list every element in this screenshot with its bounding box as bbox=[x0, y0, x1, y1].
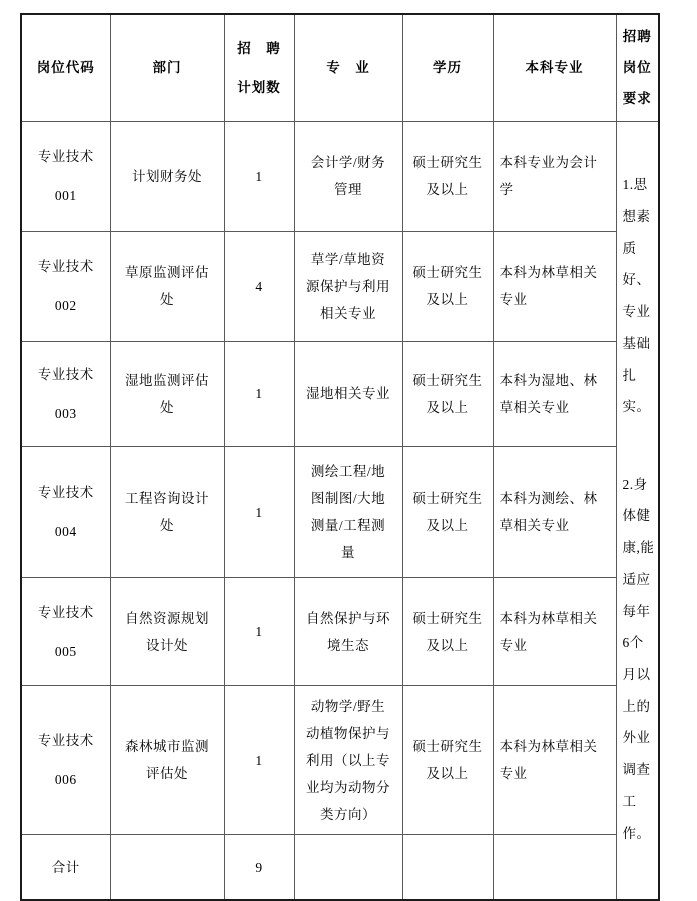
total-education-empty bbox=[402, 835, 493, 900]
cell-position-code: 专业技术 006 bbox=[21, 686, 110, 835]
cell-education: 硕士研究生 及以上 bbox=[402, 121, 493, 231]
cell-undergrad-major: 本科为林草相关 专业 bbox=[493, 578, 616, 686]
cell-undergrad-major: 本科为测绘、林 草相关专业 bbox=[493, 446, 616, 577]
cell-major: 会计学/财务 管理 bbox=[294, 121, 402, 231]
total-label: 合计 bbox=[21, 835, 110, 900]
table-row: 专业技术 001 计划财务处 1 会计学/财务 管理 硕士研究生 及以上 本科专… bbox=[21, 121, 659, 231]
header-education: 学历 bbox=[402, 14, 493, 121]
cell-department: 工程咨询设计 处 bbox=[110, 446, 224, 577]
header-position-code: 岗位代码 bbox=[21, 14, 110, 121]
cell-requirements: 1.思想素质好、专业基础扎实。 2.身体健康,能适应每年6个月以上的外业调查工作… bbox=[616, 121, 659, 900]
total-department-empty bbox=[110, 835, 224, 900]
cell-major: 测绘工程/地 图制图/大地 测量/工程测 量 bbox=[294, 446, 402, 577]
cell-plan-count: 1 bbox=[224, 686, 294, 835]
cell-department: 森林城市监测 评估处 bbox=[110, 686, 224, 835]
table-row: 专业技术 005 自然资源规划 设计处 1 自然保护与环 境生态 硕士研究生 及… bbox=[21, 578, 659, 686]
cell-education: 硕士研究生 及以上 bbox=[402, 686, 493, 835]
total-undergrad-empty bbox=[493, 835, 616, 900]
table-row: 专业技术 003 湿地监测评估 处 1 湿地相关专业 硕士研究生 及以上 本科为… bbox=[21, 341, 659, 446]
cell-position-code: 专业技术 002 bbox=[21, 231, 110, 341]
cell-education: 硕士研究生 及以上 bbox=[402, 446, 493, 577]
cell-plan-count: 4 bbox=[224, 231, 294, 341]
table-row: 专业技术 006 森林城市监测 评估处 1 动物学/野生 动植物保护与 利用（以… bbox=[21, 686, 659, 835]
header-department: 部门 bbox=[110, 14, 224, 121]
cell-major: 湿地相关专业 bbox=[294, 341, 402, 446]
cell-education: 硕士研究生 及以上 bbox=[402, 341, 493, 446]
header-row: 岗位代码 部门 招 聘 计划数 专 业 学历 本科专业 招聘 岗位 要求 bbox=[21, 14, 659, 121]
cell-plan-count: 1 bbox=[224, 341, 294, 446]
table-row: 专业技术 004 工程咨询设计 处 1 测绘工程/地 图制图/大地 测量/工程测… bbox=[21, 446, 659, 577]
recruitment-table: 岗位代码 部门 招 聘 计划数 专 业 学历 本科专业 招聘 岗位 要求 专业技… bbox=[20, 13, 660, 901]
cell-undergrad-major: 本科为林草相关 专业 bbox=[493, 686, 616, 835]
cell-department: 草原监测评估 处 bbox=[110, 231, 224, 341]
cell-major: 自然保护与环 境生态 bbox=[294, 578, 402, 686]
cell-undergrad-major: 本科为林草相关 专业 bbox=[493, 231, 616, 341]
cell-plan-count: 1 bbox=[224, 578, 294, 686]
cell-undergrad-major: 本科专业为会计 学 bbox=[493, 121, 616, 231]
table-row: 专业技术 002 草原监测评估 处 4 草学/草地资 源保护与利用 相关专业 硕… bbox=[21, 231, 659, 341]
cell-education: 硕士研究生 及以上 bbox=[402, 578, 493, 686]
document-sheet: 岗位代码 部门 招 聘 计划数 专 业 学历 本科专业 招聘 岗位 要求 专业技… bbox=[20, 13, 660, 901]
header-requirements: 招聘 岗位 要求 bbox=[616, 14, 659, 121]
cell-plan-count: 1 bbox=[224, 446, 294, 577]
cell-position-code: 专业技术 004 bbox=[21, 446, 110, 577]
cell-undergrad-major: 本科为湿地、林 草相关专业 bbox=[493, 341, 616, 446]
header-undergrad-major: 本科专业 bbox=[493, 14, 616, 121]
cell-department: 湿地监测评估 处 bbox=[110, 341, 224, 446]
cell-major: 草学/草地资 源保护与利用 相关专业 bbox=[294, 231, 402, 341]
header-plan-count: 招 聘 计划数 bbox=[224, 14, 294, 121]
cell-position-code: 专业技术 003 bbox=[21, 341, 110, 446]
total-row: 合计 9 bbox=[21, 835, 659, 900]
cell-position-code: 专业技术 001 bbox=[21, 121, 110, 231]
cell-major: 动物学/野生 动植物保护与 利用（以上专 业均为动物分 类方向） bbox=[294, 686, 402, 835]
total-major-empty bbox=[294, 835, 402, 900]
cell-education: 硕士研究生 及以上 bbox=[402, 231, 493, 341]
cell-department: 自然资源规划 设计处 bbox=[110, 578, 224, 686]
total-plan-count: 9 bbox=[224, 835, 294, 900]
cell-position-code: 专业技术 005 bbox=[21, 578, 110, 686]
header-major: 专 业 bbox=[294, 14, 402, 121]
requirement-item-1: 1.思想素质好、专业基础扎实。 bbox=[623, 169, 656, 423]
requirement-item-2: 2.身体健康,能适应每年6个月以上的外业调查工作。 bbox=[623, 469, 656, 850]
cell-department: 计划财务处 bbox=[110, 121, 224, 231]
cell-plan-count: 1 bbox=[224, 121, 294, 231]
